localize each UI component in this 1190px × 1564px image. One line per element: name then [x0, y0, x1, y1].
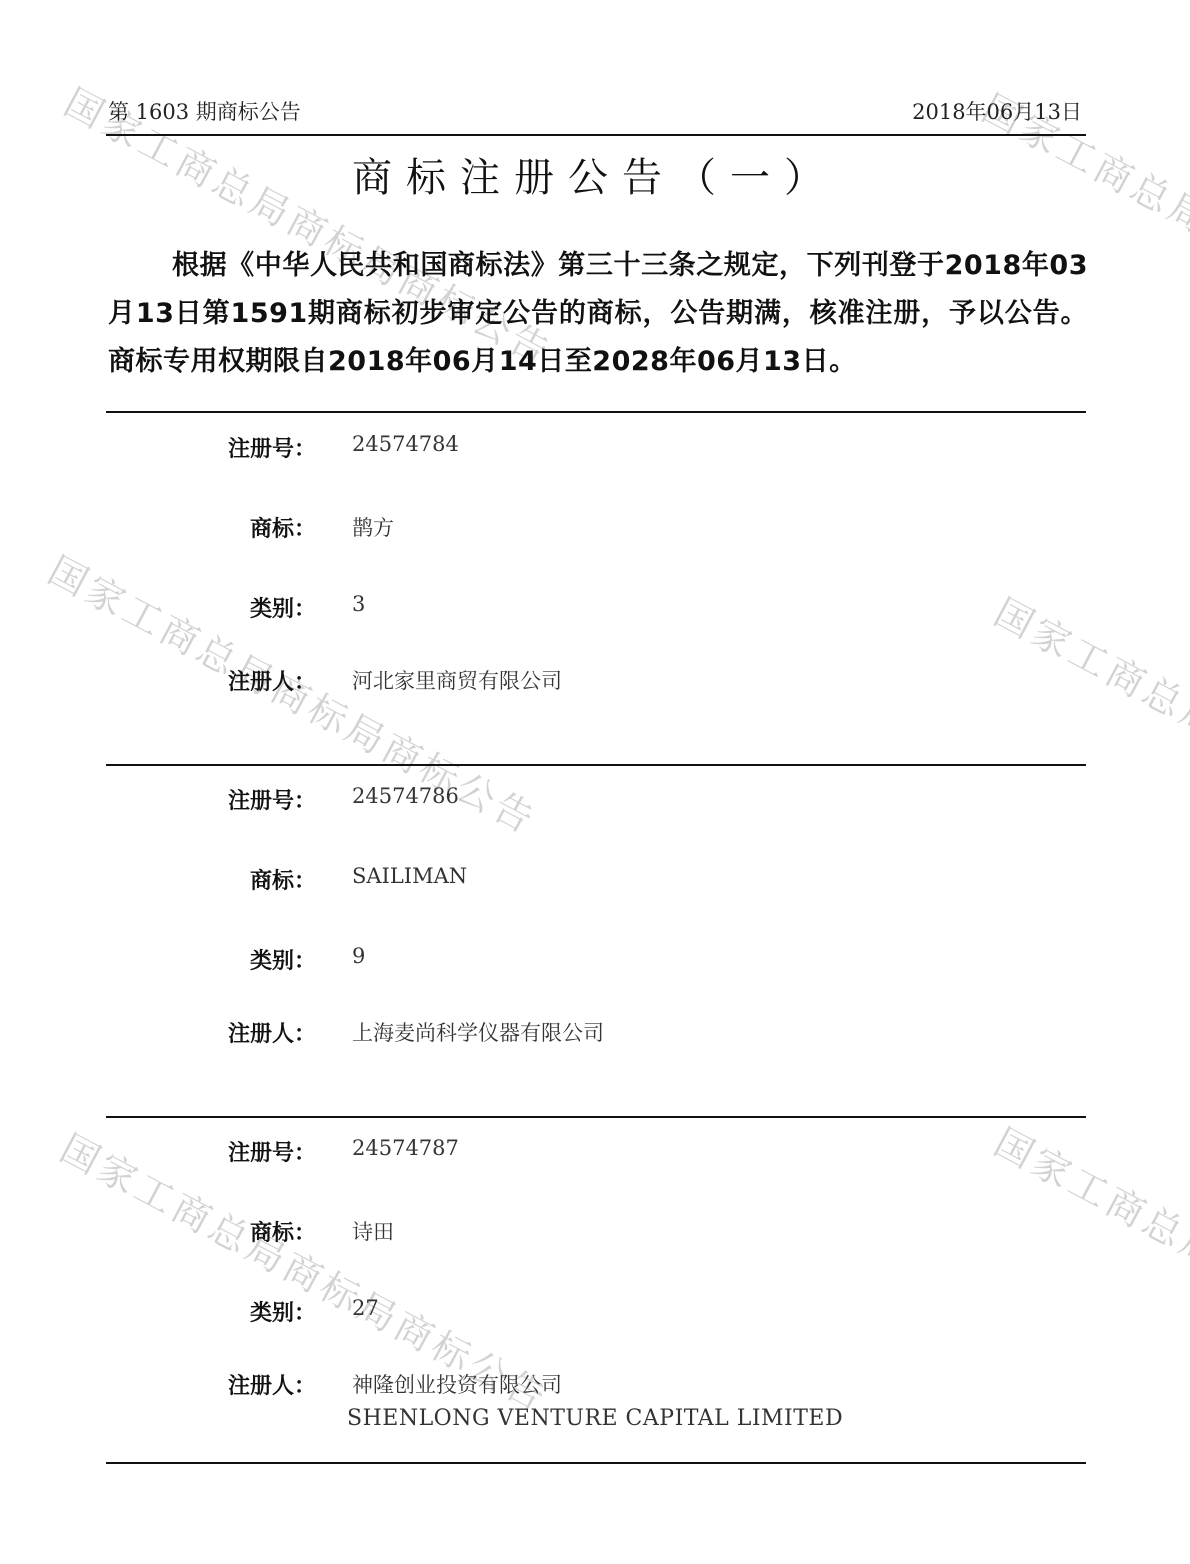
- registrant-label: 注册人：: [0, 1369, 316, 1400]
- registrant-label: 注册人：: [0, 665, 316, 696]
- issue-date: 2018年06月13日: [912, 96, 1082, 126]
- reg-no-label: 注册号：: [0, 432, 316, 463]
- trademark-label: 商标：: [0, 864, 316, 895]
- reg-no-value: 24574786: [352, 784, 459, 808]
- trademark-label: 商标：: [0, 512, 316, 543]
- registrant-value: 上海麦尚科学仪器有限公司: [352, 1017, 604, 1047]
- class-value: 27: [352, 1296, 379, 1320]
- trademark-value: 诗田: [352, 1216, 394, 1246]
- document-page: 第 1603 期商标公告 2018年06月13日 商标注册公告（一） 根据《中华…: [0, 0, 1190, 1564]
- class-label: 类别：: [0, 592, 316, 623]
- reg-no-label: 注册号：: [0, 1136, 316, 1167]
- registrant-en-value: SHENLONG VENTURE CAPITAL LIMITED: [347, 1406, 843, 1431]
- page-title: 商标注册公告（一）: [0, 146, 1190, 203]
- intro-paragraph: 根据《中华人民共和国商标法》第三十三条之规定，下列刊登于2018年03月13日第…: [108, 242, 1088, 386]
- reg-no-label: 注册号：: [0, 784, 316, 815]
- header-divider: [106, 134, 1086, 136]
- reg-no-value: 24574784: [352, 432, 459, 456]
- registrant-value: 神隆创业投资有限公司: [352, 1369, 562, 1399]
- entry-divider: [106, 764, 1086, 766]
- registrant-value: 河北家里商贸有限公司: [352, 665, 562, 695]
- reg-no-value: 24574787: [352, 1136, 459, 1160]
- entry-divider: [106, 1116, 1086, 1118]
- trademark-value: 鹊方: [352, 512, 394, 542]
- class-value: 3: [352, 592, 365, 616]
- issue-number: 第 1603 期商标公告: [108, 96, 301, 126]
- footer-divider: [106, 1462, 1086, 1464]
- trademark-label: 商标：: [0, 1216, 316, 1247]
- trademark-value: SAILIMAN: [352, 864, 467, 888]
- class-value: 9: [352, 944, 365, 968]
- class-label: 类别：: [0, 944, 316, 975]
- entry-divider: [106, 411, 1086, 413]
- registrant-label: 注册人：: [0, 1017, 316, 1048]
- class-label: 类别：: [0, 1296, 316, 1327]
